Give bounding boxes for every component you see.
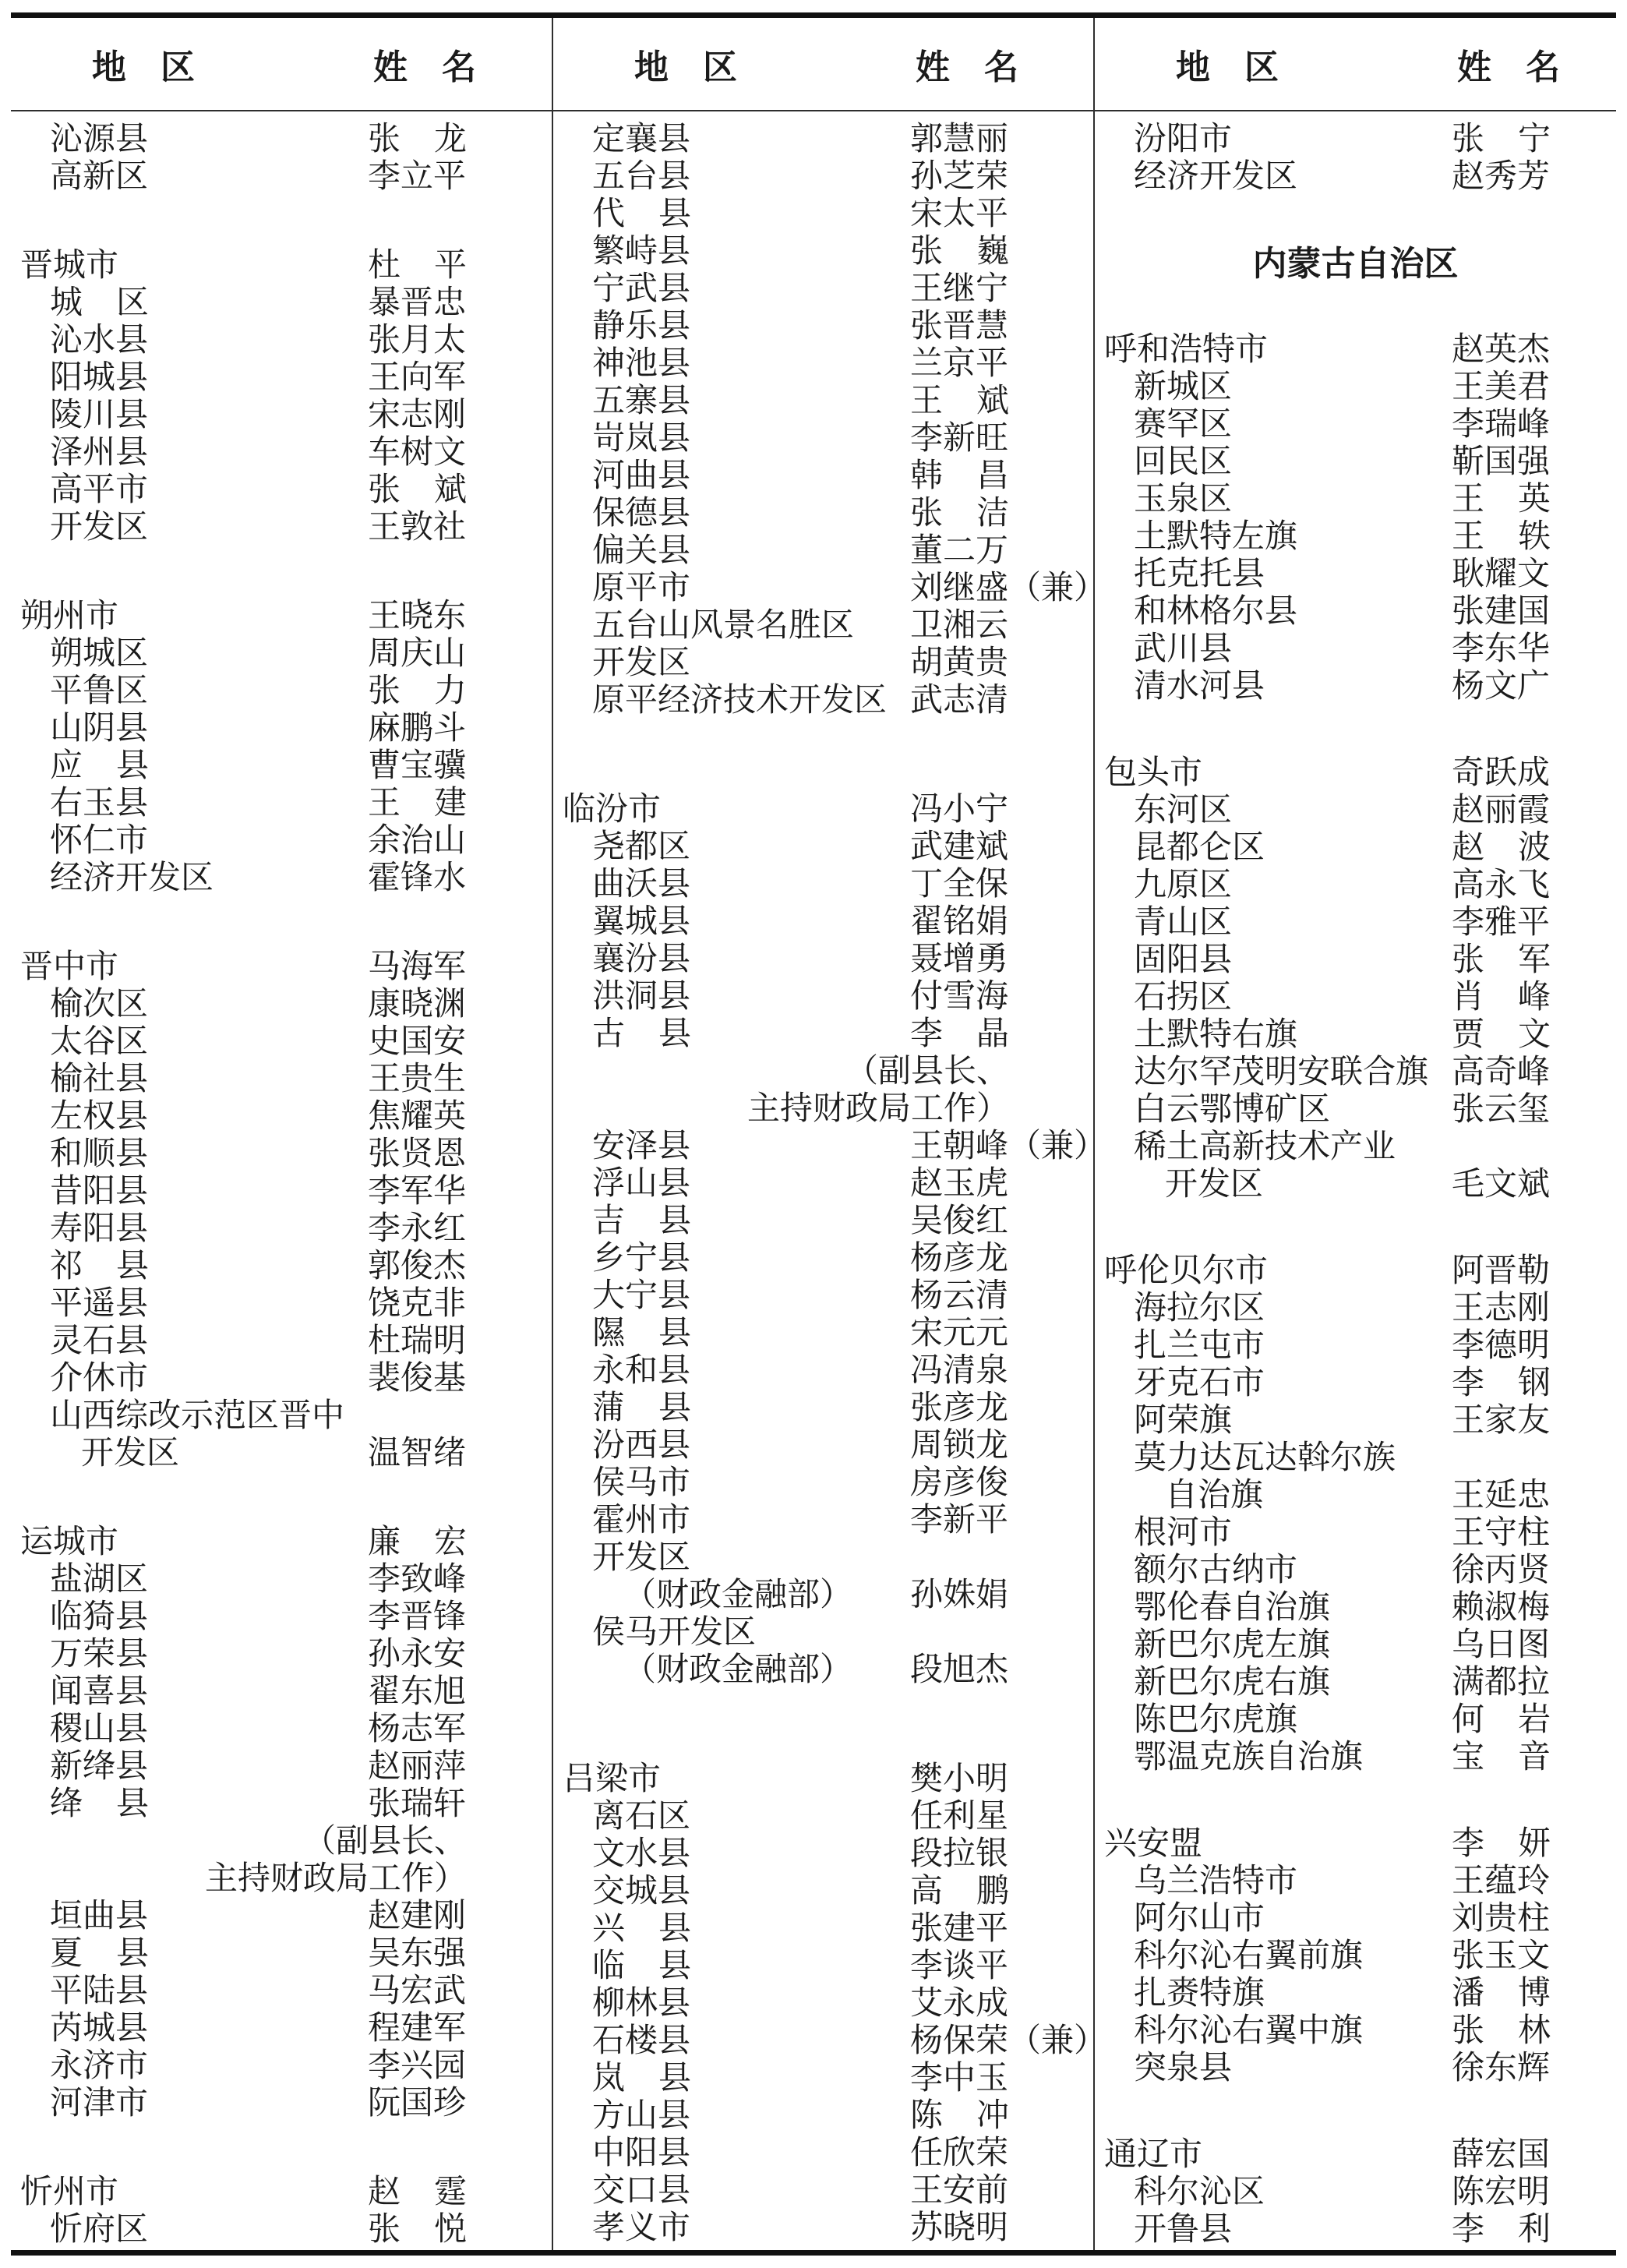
region-cell: 襄汾县	[553, 941, 910, 978]
name-cell: 王晓东	[368, 598, 500, 635]
region-cell: 榆次区	[11, 986, 368, 1023]
section-gap	[11, 897, 552, 949]
table-row: 托克托县耿耀文	[1095, 556, 1616, 593]
table-row: 朔州市王晓东	[11, 598, 552, 635]
table-row: 静乐县张晋慧	[553, 308, 1093, 345]
name-cell: 杨保荣（兼）	[910, 2022, 1106, 2060]
table-row: 偏关县董二万	[553, 532, 1093, 570]
name-cell: 周锁龙	[910, 1427, 1043, 1464]
region-cell: 达尔罕茂明安联合旗	[1095, 1054, 1452, 1091]
region-cell: 兴安盟	[1095, 1825, 1452, 1863]
table-row: 赛罕区李瑞峰	[1095, 406, 1616, 443]
name-header: 姓 名	[373, 39, 476, 89]
name-cell: 赵丽霞	[1452, 792, 1584, 829]
table-row: 山阴县麻鹏斗	[11, 710, 552, 747]
region-cell: 神池县	[553, 345, 910, 383]
region-cell: 平陆县	[11, 1973, 368, 2010]
name-cell: 杨彦龙	[910, 1240, 1043, 1277]
table-row: （副县长、	[11, 1823, 552, 1860]
name-cell: 艾永成	[910, 1985, 1043, 2022]
table-row: 新巴尔虎右旗满都拉	[1095, 1664, 1616, 1701]
region-cell: 芮城县	[11, 2010, 368, 2047]
table-row: 晋城市杜平	[11, 247, 552, 284]
table-row: 榆次区康晓渊	[11, 986, 552, 1023]
name-cell: 张军	[1452, 941, 1584, 979]
region-cell: （财政金融部）	[553, 1652, 910, 1689]
region-cell: 牙克石市	[1095, 1365, 1452, 1402]
table-row: 土默特左旗王轶	[1095, 518, 1616, 556]
region-cell: 河津市	[11, 2085, 368, 2122]
section-gap	[11, 2122, 552, 2174]
name-cell: 张巍	[910, 233, 1043, 270]
name-cell: 胡黄贵	[910, 645, 1043, 682]
table-row: 开发区	[553, 1539, 1093, 1577]
name-cell: 张瑞轩	[368, 1786, 500, 1823]
table-row: 翼城县翟铭娟	[553, 903, 1093, 941]
table-column-1: 地 区 姓 名 沁源县张龙高新区李立平晋城市杜平城区暴晋忠沁水县张月太阳城县王向…	[11, 18, 553, 2250]
table-row: 呼伦贝尔市阿晋勒	[1095, 1252, 1616, 1290]
region-cell: 石拐区	[1095, 979, 1452, 1016]
region-cell: 岢岚县	[553, 420, 910, 457]
table-row: 城区暴晋忠	[11, 284, 552, 322]
table-row: 经济开发区霍锋水	[11, 860, 552, 897]
table-row: 额尔古纳市徐丙贤	[1095, 1552, 1616, 1589]
name-cell: 武建斌	[910, 828, 1043, 866]
column-body: 汾阳市张宁经济开发区赵秀芳内蒙古自治区呼和浩特市赵英杰新城区王美君赛罕区李瑞峰回…	[1095, 111, 1616, 2249]
table-column-3: 地 区 姓 名 汾阳市张宁经济开发区赵秀芳内蒙古自治区呼和浩特市赵英杰新城区王美…	[1095, 18, 1616, 2250]
table-row: 曲沃县丁全保	[553, 866, 1093, 903]
name-annotation: 主持财政局工作）	[553, 1090, 1009, 1128]
region-cell: 扎兰屯市	[1095, 1327, 1452, 1365]
name-cell: 饶克非	[368, 1285, 500, 1323]
name-cell: 阮国珍	[368, 2085, 500, 2122]
section-gap	[11, 1472, 552, 1524]
table-row: 怀仁市余治山	[11, 822, 552, 860]
column-header: 地 区 姓 名	[1095, 18, 1616, 111]
region-cell: 垣曲县	[11, 1898, 368, 1935]
region-cell: 夏县	[11, 1935, 368, 1973]
table-row: 霍州市李新平	[553, 1502, 1093, 1539]
name-cell: 张林	[1452, 2012, 1584, 2050]
name-cell: 王志刚	[1452, 1290, 1584, 1327]
name-cell: 任利星	[910, 1798, 1043, 1835]
name-cell: 阿晋勒	[1452, 1252, 1584, 1290]
section-gap	[11, 546, 552, 598]
region-cell: 榆社县	[11, 1061, 368, 1098]
region-cell: 安泽县	[553, 1128, 910, 1165]
table-row: 昔阳县李军华	[11, 1173, 552, 1210]
name-cell: 霍锋水	[368, 860, 500, 897]
region-cell: 宁武县	[553, 270, 910, 308]
region-cell: 陵川县	[11, 397, 368, 434]
region-cell: 泽州县	[11, 434, 368, 472]
region-cell: 永济市	[11, 2047, 368, 2085]
table-row: 离石区任利星	[553, 1798, 1093, 1835]
table-row: 临县李谈平	[553, 1948, 1093, 1985]
region-cell: 文水县	[553, 1835, 910, 1873]
section-gap	[1095, 1203, 1616, 1252]
table-row: 沁源县张龙	[11, 121, 552, 158]
table-row: 原平市刘继盛（兼）	[553, 570, 1093, 607]
name-annotation: （副县长、	[553, 1053, 1009, 1090]
name-cell: 赵霆	[368, 2174, 500, 2211]
name-cell: 吴俊红	[910, 1203, 1043, 1240]
column-body: 沁源县张龙高新区李立平晋城市杜平城区暴晋忠沁水县张月太阳城县王向军陵川县宋志刚泽…	[11, 111, 552, 2249]
table-row: 交城县高鹏	[553, 1873, 1093, 1910]
name-cell: 孙芝荣	[910, 158, 1043, 196]
region-cell: 沁源县	[11, 121, 368, 158]
table-row: 东河区赵丽霞	[1095, 792, 1616, 829]
table-row: 清水河县杨文广	[1095, 668, 1616, 705]
region-cell: 朔城区	[11, 635, 368, 673]
table-row: 灵石县杜瑞明	[11, 1323, 552, 1360]
region-cell: 大宁县	[553, 1277, 910, 1315]
name-cell: 王英	[1452, 481, 1584, 518]
name-cell: 王建	[368, 785, 500, 822]
table-row: 忻州市赵霆	[11, 2174, 552, 2211]
table-row: 吕梁市樊小明	[553, 1761, 1093, 1798]
name-cell: 张云玺	[1452, 1091, 1584, 1129]
table-row: 开发区温智绪	[11, 1435, 552, 1472]
region-cell: 昆都仑区	[1095, 829, 1452, 867]
region-cell: 稀土高新技术产业	[1095, 1129, 1452, 1166]
table-row: 闻喜县翟东旭	[11, 1673, 552, 1711]
name-cell: 何岩	[1452, 1701, 1584, 1739]
name-cell: 李中玉	[910, 2060, 1043, 2097]
name-cell: 段旭杰	[910, 1652, 1043, 1689]
region-cell: 阳城县	[11, 359, 368, 397]
name-cell: 王向军	[368, 359, 500, 397]
region-cell: 土默特右旗	[1095, 1016, 1452, 1054]
table-row: 包头市奇跃成	[1095, 754, 1616, 792]
table-row: 吉县吴俊红	[553, 1203, 1093, 1240]
region-cell: 河曲县	[553, 457, 910, 495]
region-cell: 经济开发区	[11, 860, 368, 897]
table-row: 扎兰屯市李德明	[1095, 1327, 1616, 1365]
table-row: 主持财政局工作）	[553, 1090, 1093, 1128]
region-cell: 代县	[553, 196, 910, 233]
region-cell: 蒲县	[553, 1390, 910, 1427]
region-cell: 交口县	[553, 2172, 910, 2210]
table-row: 应县曹宝骥	[11, 747, 552, 785]
region-cell: 五寨县	[553, 383, 910, 420]
table-row: 主持财政局工作）	[11, 1860, 552, 1898]
name-cell: 高永飞	[1452, 867, 1584, 904]
name-cell: 聂增勇	[910, 941, 1043, 978]
column-body: 定襄县郭慧丽五台县孙芝荣代县宋太平繁峙县张巍宁武县王继宁静乐县张晋慧神池县兰京平…	[553, 111, 1093, 2247]
name-cell: 靳国强	[1452, 443, 1584, 481]
region-cell: 偏关县	[553, 532, 910, 570]
table-row: 白云鄂博矿区张云玺	[1095, 1091, 1616, 1129]
table-row: 兴县张建平	[553, 1910, 1093, 1948]
region-cell: 白云鄂博矿区	[1095, 1091, 1452, 1129]
region-cell: 包头市	[1095, 754, 1452, 792]
table-row: 寿阳县李永红	[11, 1210, 552, 1248]
table-row: 代县宋太平	[553, 196, 1093, 233]
table-row: 武川县李东华	[1095, 631, 1616, 668]
region-cell: 固阳县	[1095, 941, 1452, 979]
table-row: 宁武县王继宁	[553, 270, 1093, 308]
region-cell: 突泉县	[1095, 2050, 1452, 2087]
region-cell: 晋中市	[11, 949, 368, 986]
section-gap	[1095, 2087, 1616, 2136]
region-cell: 临猗县	[11, 1599, 368, 1636]
region-cell: 科尔沁右翼前旗	[1095, 1938, 1452, 1975]
region-cell: 原平经济技术开发区	[553, 682, 910, 719]
region-cell: 九原区	[1095, 867, 1452, 904]
table-row: 交口县王安前	[553, 2172, 1093, 2210]
name-cell: 周庆山	[368, 635, 500, 673]
table-row: 保德县张洁	[553, 495, 1093, 532]
region-cell: 介休市	[11, 1360, 368, 1397]
table-row: 新城区王美君	[1095, 369, 1616, 406]
directory-table: 地 区 姓 名 沁源县张龙高新区李立平晋城市杜平城区暴晋忠沁水县张月太阳城县王向…	[11, 12, 1616, 2256]
name-cell: 张建国	[1452, 593, 1584, 631]
region-cell: 和顺县	[11, 1136, 368, 1173]
table-row: 高平市张斌	[11, 472, 552, 509]
region-cell: 定襄县	[553, 121, 910, 158]
name-cell: 马宏武	[368, 1973, 500, 2010]
region-cell: 万荣县	[11, 1636, 368, 1673]
table-row: 盐湖区李致峰	[11, 1561, 552, 1599]
region-cell: 鄂伦春自治旗	[1095, 1589, 1452, 1627]
table-row: 右玉县王建	[11, 785, 552, 822]
table-row: 沁水县张月太	[11, 322, 552, 359]
table-row: 阿尔山市刘贵柱	[1095, 1900, 1616, 1938]
region-cell: 阿荣旗	[1095, 1402, 1452, 1440]
column-header: 地 区 姓 名	[553, 18, 1093, 111]
region-cell: 汾西县	[553, 1427, 910, 1464]
region-cell: 汾阳市	[1095, 121, 1452, 158]
name-cell: 李妍	[1452, 1825, 1584, 1863]
name-cell: 焦耀英	[368, 1098, 500, 1136]
table-row: 方山县陈冲	[553, 2097, 1093, 2135]
name-cell: 杜瑞明	[368, 1323, 500, 1360]
region-cell: 静乐县	[553, 308, 910, 345]
name-cell: 杜平	[368, 247, 500, 284]
name-cell: 张晋慧	[910, 308, 1043, 345]
region-cell: 侯马开发区	[553, 1614, 910, 1652]
name-cell: 赖淑梅	[1452, 1589, 1584, 1627]
table-row: 汾西县周锁龙	[553, 1427, 1093, 1464]
region-cell: （财政金融部）	[553, 1577, 910, 1614]
name-cell	[910, 1614, 1043, 1652]
name-cell: 樊小明	[910, 1761, 1043, 1798]
table-row: （财政金融部）孙姝娟	[553, 1577, 1093, 1614]
region-cell: 高新区	[11, 158, 368, 196]
region-cell: 开发区	[11, 509, 368, 546]
table-row: 定襄县郭慧丽	[553, 121, 1093, 158]
name-cell	[1452, 1440, 1584, 1477]
name-cell: 李晋锋	[368, 1599, 500, 1636]
table-row: 古县李晶	[553, 1016, 1093, 1053]
name-cell: 余治山	[368, 822, 500, 860]
region-cell: 永和县	[553, 1352, 910, 1390]
region-cell: 土默特左旗	[1095, 518, 1452, 556]
table-row: 大宁县杨云清	[553, 1277, 1093, 1315]
name-cell: 王贵生	[368, 1061, 500, 1098]
name-cell: 张力	[368, 673, 500, 710]
region-cell: 中阳县	[553, 2135, 910, 2172]
name-cell: 张贤恩	[368, 1136, 500, 1173]
table-row: 垣曲县赵建刚	[11, 1898, 552, 1935]
table-row: 自治旗王延忠	[1095, 1477, 1616, 1514]
table-row: 祁县郭俊杰	[11, 1248, 552, 1285]
name-cell: 车树文	[368, 434, 500, 472]
region-cell: 平鲁区	[11, 673, 368, 710]
region-cell: 开发区	[553, 645, 910, 682]
region-cell: 保德县	[553, 495, 910, 532]
name-cell: 徐丙贤	[1452, 1552, 1584, 1589]
region-cell: 绛县	[11, 1786, 368, 1823]
name-cell: 肖峰	[1452, 979, 1584, 1016]
region-cell: 临汾市	[553, 791, 910, 828]
table-row: 临汾市冯小宁	[553, 791, 1093, 828]
region-header: 地 区	[92, 39, 195, 89]
region-cell: 青山区	[1095, 904, 1452, 941]
name-cell: 翟铭娟	[910, 903, 1043, 941]
table-row: （副县长、	[553, 1053, 1093, 1090]
name-cell: 刘贵柱	[1452, 1900, 1584, 1938]
table-row: 洪洞县付雪海	[553, 978, 1093, 1016]
name-cell: 程建军	[368, 2010, 500, 2047]
name-cell: 李军华	[368, 1173, 500, 1210]
table-row: 和林格尔县张建国	[1095, 593, 1616, 631]
region-cell: 柳林县	[553, 1985, 910, 2022]
table-row: 新绛县赵丽萍	[11, 1748, 552, 1786]
table-row: 侯马市房彦俊	[553, 1464, 1093, 1502]
region-cell: 清水河县	[1095, 668, 1452, 705]
region-cell: 吉县	[553, 1203, 910, 1240]
region-cell: 高平市	[11, 472, 368, 509]
region-cell: 方山县	[553, 2097, 910, 2135]
table-row: 新巴尔虎左旗乌日图	[1095, 1627, 1616, 1664]
table-row: 襄汾县聂增勇	[553, 941, 1093, 978]
region-cell: 玉泉区	[1095, 481, 1452, 518]
name-cell: 冯小宁	[910, 791, 1043, 828]
name-cell: 李钢	[1452, 1365, 1584, 1402]
table-row: 突泉县徐东辉	[1095, 2050, 1616, 2087]
name-cell: 薛宏国	[1452, 2136, 1584, 2174]
name-cell	[368, 1397, 500, 1435]
table-row: 神池县兰京平	[553, 345, 1093, 383]
table-row: 绛县张瑞轩	[11, 1786, 552, 1823]
region-cell: 曲沃县	[553, 866, 910, 903]
name-cell: 潘博	[1452, 1975, 1584, 2012]
region-cell: 闻喜县	[11, 1673, 368, 1711]
region-cell: 平遥县	[11, 1285, 368, 1323]
table-row: 九原区高永飞	[1095, 867, 1616, 904]
region-cell: 离石区	[553, 1798, 910, 1835]
table-row: 临猗县李晋锋	[11, 1599, 552, 1636]
region-cell: 武川县	[1095, 631, 1452, 668]
table-row: 芮城县程建军	[11, 2010, 552, 2047]
name-cell: 徐东辉	[1452, 2050, 1584, 2087]
table-row: 稷山县杨志军	[11, 1711, 552, 1748]
table-row: 开发区胡黄贵	[553, 645, 1093, 682]
table-row: 五寨县王斌	[553, 383, 1093, 420]
region-cell: 科尔沁右翼中旗	[1095, 2012, 1452, 2050]
table-row: 呼和浩特市赵英杰	[1095, 331, 1616, 369]
name-cell: 赵丽萍	[368, 1748, 500, 1786]
region-cell: 呼和浩特市	[1095, 331, 1452, 369]
table-row: 孝义市苏晓明	[553, 2210, 1093, 2247]
name-cell: 王蕴玲	[1452, 1863, 1584, 1900]
name-cell: 高奇峰	[1452, 1054, 1584, 1091]
region-cell: 额尔古纳市	[1095, 1552, 1452, 1589]
region-cell: 盐湖区	[11, 1561, 368, 1599]
region-cell: 兴县	[553, 1910, 910, 1948]
region-cell: 孝义市	[553, 2210, 910, 2247]
name-cell: 李谈平	[910, 1948, 1043, 1985]
name-cell: 贾文	[1452, 1016, 1584, 1054]
table-row: 浮山县赵玉虎	[553, 1165, 1093, 1203]
name-annotation: 主持财政局工作）	[11, 1860, 467, 1898]
region-cell: 侯马市	[553, 1464, 910, 1502]
name-cell: 王延忠	[1452, 1477, 1584, 1514]
region-cell: 新城区	[1095, 369, 1452, 406]
table-row: 永和县冯清泉	[553, 1352, 1093, 1390]
name-cell: 王朝峰（兼）	[910, 1128, 1106, 1165]
region-cell: 新绛县	[11, 1748, 368, 1786]
table-row: 五台山风景名胜区卫湘云	[553, 607, 1093, 645]
region-cell: 通辽市	[1095, 2136, 1452, 2174]
region-cell: 霍州市	[553, 1502, 910, 1539]
name-cell: 房彦俊	[910, 1464, 1043, 1502]
table-row: 海拉尔区王志刚	[1095, 1290, 1616, 1327]
region-cell: 赛罕区	[1095, 406, 1452, 443]
name-cell: 毛文斌	[1452, 1166, 1584, 1203]
table-row: 太谷区史国安	[11, 1023, 552, 1061]
table-row: 玉泉区王英	[1095, 481, 1616, 518]
region-cell: 临县	[553, 1948, 910, 1985]
region-header: 地 区	[1176, 39, 1279, 89]
region-cell: 右玉县	[11, 785, 368, 822]
region-cell: 开发区	[553, 1539, 910, 1577]
section-gap	[553, 1689, 1093, 1761]
name-cell: 王继宁	[910, 270, 1043, 308]
region-cell: 古县	[553, 1016, 910, 1053]
region-cell: 寿阳县	[11, 1210, 368, 1248]
table-row: 石拐区肖峰	[1095, 979, 1616, 1016]
region-cell: 石楼县	[553, 2022, 910, 2060]
name-header: 姓 名	[1457, 39, 1560, 89]
region-cell: 新巴尔虎右旗	[1095, 1664, 1452, 1701]
name-cell: 冯清泉	[910, 1352, 1043, 1390]
name-cell: 暴晋忠	[368, 284, 500, 322]
table-row: 通辽市薛宏国	[1095, 2136, 1616, 2174]
name-cell: 王美君	[1452, 369, 1584, 406]
name-cell: 奇跃成	[1452, 754, 1584, 792]
table-row: 高新区李立平	[11, 158, 552, 196]
name-cell: 赵建刚	[368, 1898, 500, 1935]
region-cell: 翼城县	[553, 903, 910, 941]
name-cell: 史国安	[368, 1023, 500, 1061]
region-cell: 稷山县	[11, 1711, 368, 1748]
table-row: 朔城区周庆山	[11, 635, 552, 673]
name-cell: 张悦	[368, 2211, 500, 2249]
table-row: 五台县孙芝荣	[553, 158, 1093, 196]
name-cell: 曹宝骥	[368, 747, 500, 785]
region-cell: 和林格尔县	[1095, 593, 1452, 631]
name-cell: 苏晓明	[910, 2210, 1043, 2247]
region-cell: 吕梁市	[553, 1761, 910, 1798]
table-row: 汾阳市张宁	[1095, 121, 1616, 158]
table-row: 文水县段拉银	[553, 1835, 1093, 1873]
name-cell: 孙姝娟	[910, 1577, 1043, 1614]
name-cell: 张洁	[910, 495, 1043, 532]
name-cell: 李永红	[368, 1210, 500, 1248]
